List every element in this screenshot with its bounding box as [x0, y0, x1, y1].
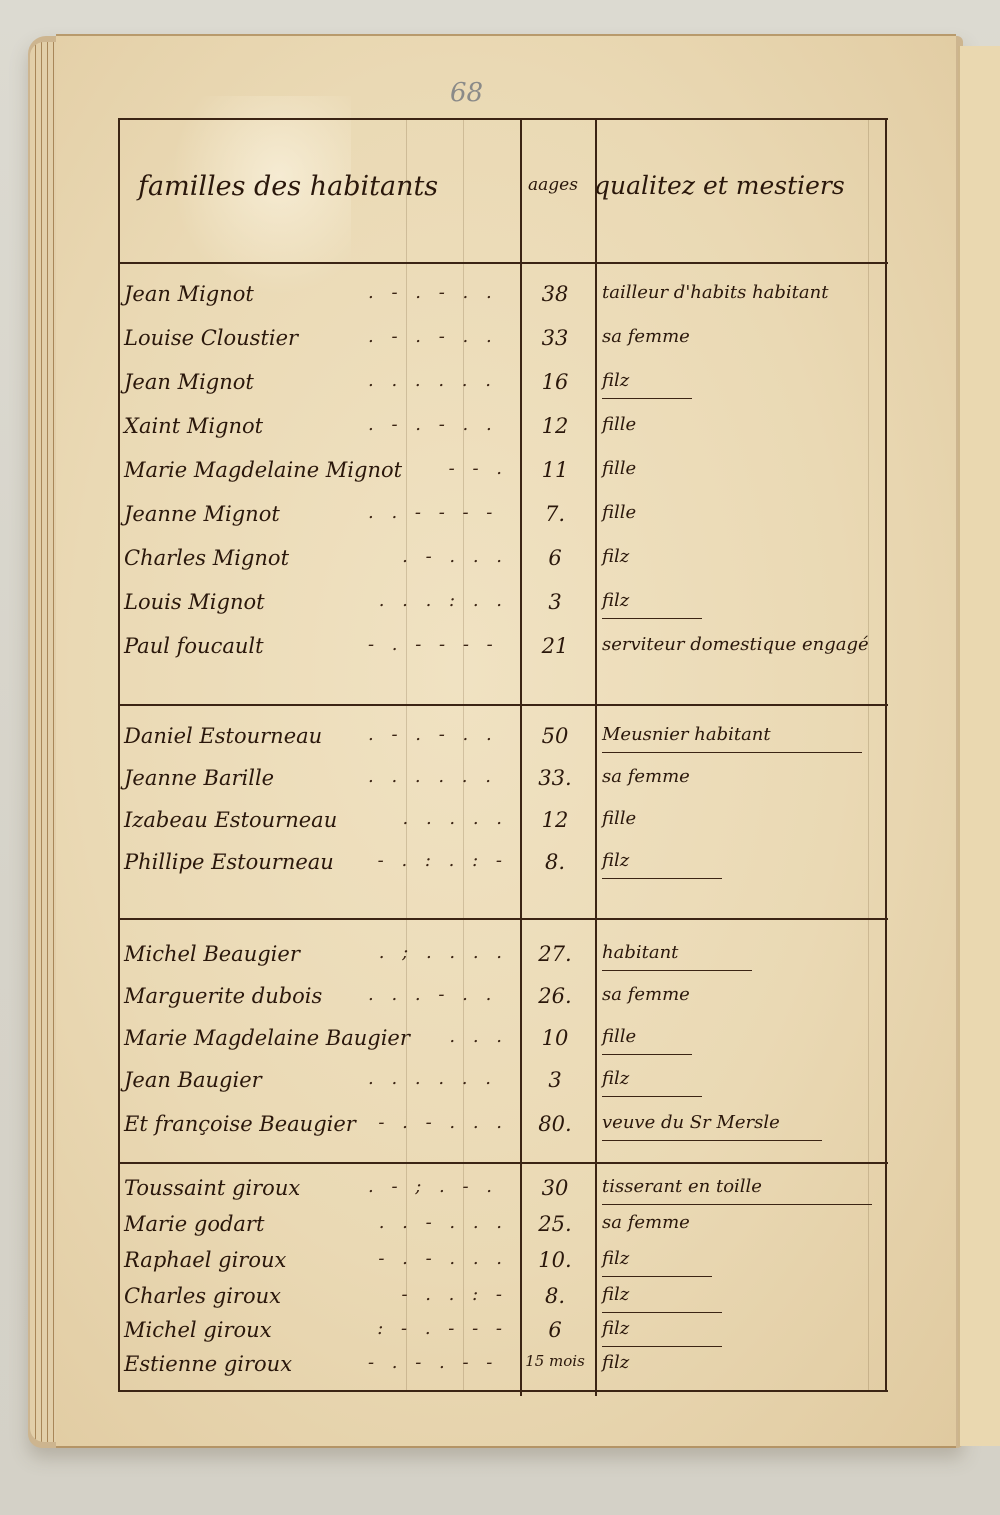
leader-dots: . . . : . .: [368, 590, 508, 611]
person-name: Marguerite dubois: [124, 984, 322, 1008]
person-quality: fille: [602, 1026, 636, 1047]
table-row: Louise Cloustier . - . - . . . 33 sa fem…: [118, 324, 888, 364]
table-row: Marguerite dubois . . . - . . . 26. sa f…: [118, 982, 888, 1022]
person-quality: filz: [602, 590, 629, 611]
person-age: 11: [522, 458, 588, 482]
person-age: 3: [522, 1068, 588, 1092]
person-age: 3: [522, 590, 588, 614]
person-age: 6: [522, 1318, 588, 1342]
person-age: 25.: [522, 1212, 588, 1236]
table-row: Phillipe Estourneau - . : . : - 8. filz: [118, 848, 888, 888]
table-bottom-rule: [118, 1390, 888, 1392]
leader-dots: . . - - - - .: [368, 502, 508, 523]
leader-dots: - . - . . .: [368, 1112, 508, 1133]
table-row: Marie godart . . - . . . 25. sa femme: [118, 1210, 888, 1250]
person-quality: Meusnier habitant: [602, 724, 771, 745]
person-age: 12: [522, 808, 588, 832]
leader-dots: - . - . - - -: [368, 1352, 508, 1373]
person-quality: sa femme: [602, 984, 690, 1005]
person-name: Marie godart: [124, 1212, 264, 1236]
leader-dots: . . . . . . . .: [368, 766, 508, 787]
person-name: Jean Baugier: [124, 1068, 262, 1092]
person-age: 26.: [522, 984, 588, 1008]
leader-dots: - . : . : -: [368, 850, 508, 871]
person-name: Jeanne Barille: [124, 766, 274, 790]
person-quality: tailleur d'habits habitant: [602, 282, 828, 303]
person-quality: tisserant en toille: [602, 1176, 762, 1197]
person-quality: filz: [602, 1318, 629, 1339]
person-name: Paul foucault: [124, 634, 264, 658]
leader-dots: . - . . .: [368, 546, 508, 567]
leader-dots: - - .: [368, 458, 508, 479]
table-row: Louis Mignot . . . : . . 3 filz: [118, 588, 888, 628]
flourish-line: [602, 1276, 712, 1277]
person-age: 30: [522, 1176, 588, 1200]
person-name: Jean Mignot: [124, 370, 254, 394]
header-bottom-rule: [118, 262, 888, 264]
person-quality: habitant: [602, 942, 678, 963]
leader-dots: . . . . . . .: [368, 1068, 508, 1089]
leader-dots: . - . - . . .: [368, 282, 508, 303]
table-row: Michel Beaugier . ; . . . . 27. habitant: [118, 940, 888, 980]
person-quality: fille: [602, 414, 636, 435]
flourish-line: [602, 398, 692, 399]
person-quality: filz: [602, 850, 629, 871]
person-quality: filz: [602, 546, 629, 567]
person-quality: fille: [602, 808, 636, 829]
leader-dots: . . . . .: [368, 808, 508, 829]
leader-dots: - . - - - - .: [368, 634, 508, 655]
table-header: familles des habitants aages qualitez et…: [118, 163, 888, 218]
person-age: 8.: [522, 1284, 588, 1308]
table-row: Daniel Estourneau . - . - . . . 50 Meusn…: [118, 722, 888, 762]
person-name: Michel Beaugier: [124, 942, 300, 966]
person-age: 80.: [522, 1112, 588, 1136]
person-name: Charles giroux: [124, 1284, 281, 1308]
leader-dots: . - ; . - . .: [368, 1176, 508, 1197]
table-row: Xaint Mignot . - . - . . . 12 fille: [118, 412, 888, 452]
table-row: Jean Mignot . . . . . . . 16 filz: [118, 368, 888, 408]
flourish-line: [602, 970, 752, 971]
person-age: 16: [522, 370, 588, 394]
table-row: Jean Baugier . . . . . . . 3 filz: [118, 1066, 888, 1106]
flourish-line: [602, 1140, 822, 1141]
table-row: Paul foucault - . - - - - . 21 serviteur…: [118, 632, 888, 672]
family-divider: [118, 918, 888, 920]
person-name: Estienne giroux: [124, 1352, 292, 1376]
leader-dots: . . .: [368, 1026, 508, 1047]
person-age: 50: [522, 724, 588, 748]
person-age: 38: [522, 282, 588, 306]
person-quality: filz: [602, 1248, 629, 1269]
flourish-line: [602, 1054, 692, 1055]
family-divider: [118, 1162, 888, 1164]
leader-dots: . . . . . . .: [368, 370, 508, 391]
flourish-line: [602, 1312, 722, 1313]
person-age: 21: [522, 634, 588, 658]
person-age: 10: [522, 1026, 588, 1050]
leader-dots: : - . - - -: [368, 1318, 508, 1339]
table-row: Et françoise Beaugier - . - . . . 80. ve…: [118, 1110, 888, 1150]
leader-dots: . ; . . . .: [368, 942, 508, 963]
person-name: Marie Magdelaine Mignot: [124, 458, 402, 482]
table-row: Jeanne Barille . . . . . . . . 33. sa fe…: [118, 764, 888, 804]
flourish-line: [602, 1204, 872, 1205]
person-quality: filz: [602, 1284, 629, 1305]
person-name: Xaint Mignot: [124, 414, 263, 438]
adjacent-page: [958, 46, 1000, 1446]
person-name: Raphael giroux: [124, 1248, 286, 1272]
person-name: Louis Mignot: [124, 590, 265, 614]
person-age: 10.: [522, 1248, 588, 1272]
leader-dots: - . . : -: [368, 1284, 508, 1305]
person-name: Et françoise Beaugier: [124, 1112, 356, 1136]
person-quality: sa femme: [602, 1212, 690, 1233]
family-divider: [118, 704, 888, 706]
person-quality: fille: [602, 458, 636, 479]
table-top-rule: [118, 118, 888, 120]
person-age: 33.: [522, 766, 588, 790]
leader-dots: . . - . . .: [368, 1212, 508, 1233]
person-name: Charles Mignot: [124, 546, 289, 570]
person-name: Jean Mignot: [124, 282, 254, 306]
leader-dots: - . - . . .: [368, 1248, 508, 1269]
leader-dots: . . . - . . .: [368, 984, 508, 1005]
person-age: 27.: [522, 942, 588, 966]
person-age: 12: [522, 414, 588, 438]
leader-dots: . - . - . . .: [368, 724, 508, 745]
leader-dots: . - . - . . .: [368, 326, 508, 347]
person-name: Daniel Estourneau: [124, 724, 322, 748]
person-quality: sa femme: [602, 766, 690, 787]
flourish-line: [602, 878, 722, 879]
person-quality: veuve du Sr Mersle: [602, 1112, 780, 1133]
header-names: familles des habitants: [138, 171, 438, 202]
person-quality: fille: [602, 502, 636, 523]
flourish-line: [602, 1346, 722, 1347]
person-age: 33: [522, 326, 588, 350]
table-row: Jeanne Mignot . . - - - - . 7. fille: [118, 500, 888, 540]
page-number: 68: [450, 78, 483, 108]
table-row: Izabeau Estourneau . . . . . 12 fille: [118, 806, 888, 846]
person-name: Toussaint giroux: [124, 1176, 300, 1200]
person-name: Jeanne Mignot: [124, 502, 280, 526]
flourish-line: [602, 1096, 702, 1097]
header-quality: qualitez et mestiers: [594, 171, 845, 200]
table-row: Marie Magdelaine Mignot - - . 11 fille: [118, 456, 888, 496]
table-row: Estienne giroux - . - . - - - 15 mois fi…: [118, 1350, 888, 1390]
person-quality: filz: [602, 1352, 629, 1373]
flourish-line: [602, 618, 702, 619]
table-row: Charles Mignot . - . . . 6 filz: [118, 544, 888, 584]
person-quality: serviteur domestique engagé: [602, 634, 869, 655]
person-quality: filz: [602, 370, 629, 391]
header-ages: aages: [528, 175, 578, 195]
person-age: 8.: [522, 850, 588, 874]
person-quality: sa femme: [602, 326, 690, 347]
table-row: Toussaint giroux . - ; . - . . 30 tisser…: [118, 1174, 888, 1214]
person-name: Louise Cloustier: [124, 326, 298, 350]
person-name: Phillipe Estourneau: [124, 850, 334, 874]
table-row: Marie Magdelaine Baugier . . . 10 fille: [118, 1024, 888, 1064]
person-quality: filz: [602, 1068, 629, 1089]
person-name: Michel giroux: [124, 1318, 272, 1342]
census-table: familles des habitants aages qualitez et…: [118, 118, 888, 1396]
leader-dots: . - . - . . .: [368, 414, 508, 435]
table-row: Jean Mignot . - . - . . . 38 tailleur d'…: [118, 280, 888, 320]
person-age: 15 mois: [522, 1352, 588, 1370]
person-name: Izabeau Estourneau: [124, 808, 337, 832]
table-row: Raphael giroux - . - . . . 10. filz: [118, 1246, 888, 1286]
person-age: 6: [522, 546, 588, 570]
flourish-line: [602, 752, 862, 753]
person-age: 7.: [522, 502, 588, 526]
